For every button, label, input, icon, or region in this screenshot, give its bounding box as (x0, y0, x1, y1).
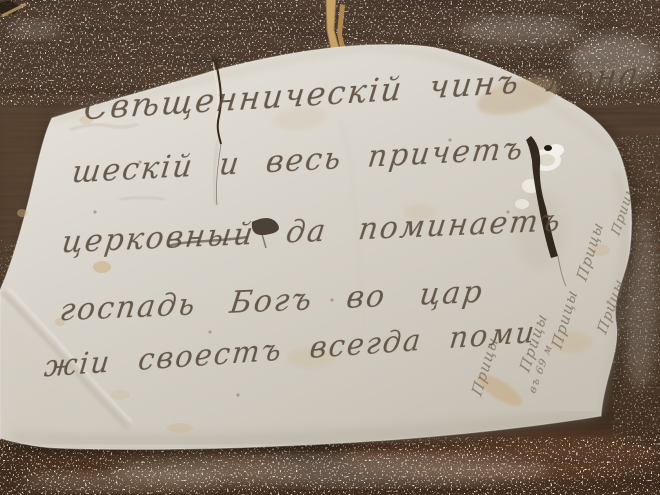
photo-of-handwritten-note: Свѣщенническій чинъ мона шескій и весь п… (0, 0, 660, 495)
